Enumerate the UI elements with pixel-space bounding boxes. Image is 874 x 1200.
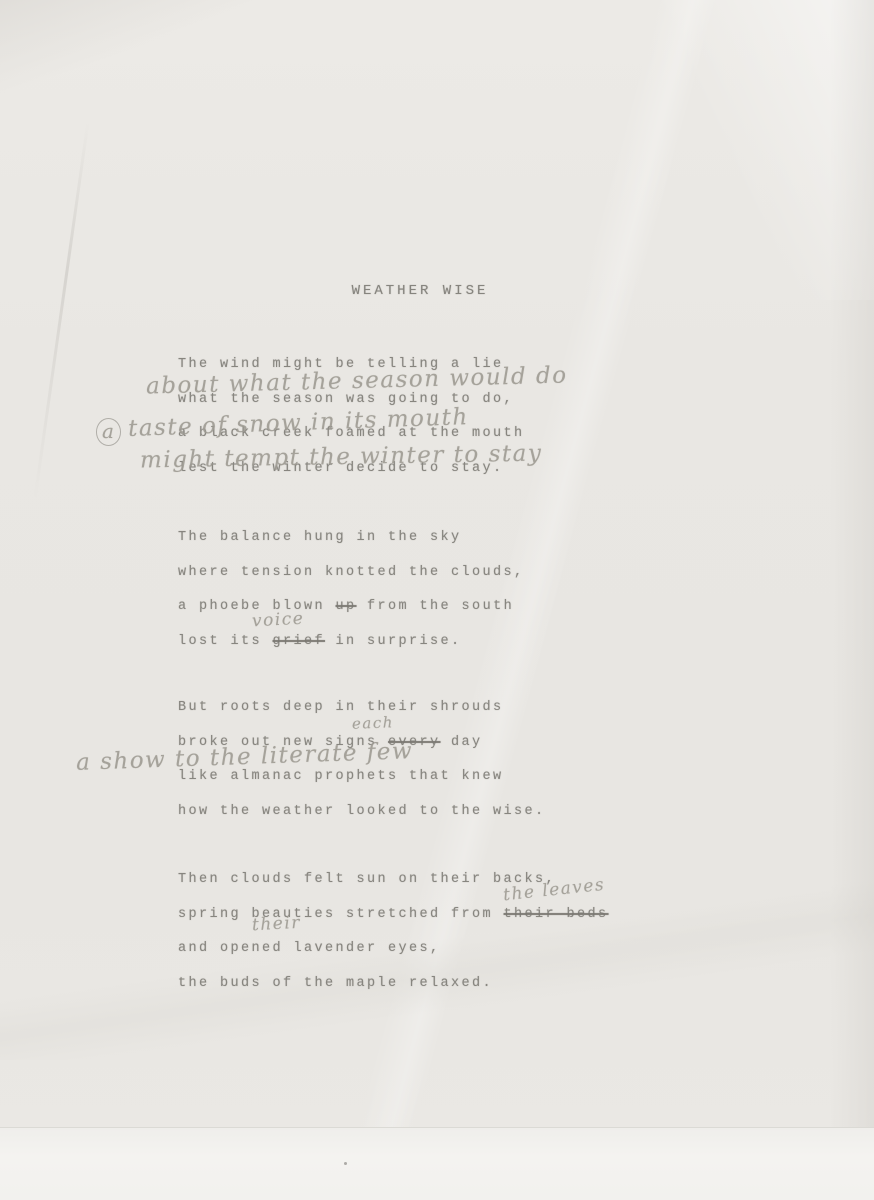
poem-text: But roots deep in their shrouds	[178, 700, 504, 715]
poem-text: from the south	[357, 599, 515, 614]
handwritten-annotation: each	[352, 713, 394, 732]
paper-crease	[34, 122, 90, 499]
handwritten-annotation: a	[96, 418, 121, 446]
poem-line: the buds of the maple relaxed.	[178, 967, 798, 1002]
poem-title: WEATHER WISE	[0, 283, 840, 299]
poem-line: how the weather looked to the wise.	[178, 795, 798, 830]
poem-text: Then clouds felt sun on their backs,	[178, 872, 556, 887]
handwritten-annotation: their	[252, 913, 302, 936]
poem-stanza: The balance hung in the skywhere tension…	[178, 521, 798, 659]
struck-word: their beds	[504, 907, 609, 922]
paper-crease	[0, 0, 874, 220]
poem-text: in surprise.	[325, 634, 462, 649]
paper-edge-shadow	[830, 0, 874, 1200]
poem-text: where tension knotted the clouds,	[178, 565, 525, 580]
scanned-poem-page: WEATHER WISE The wind might be telling a…	[0, 0, 874, 1200]
struck-word: up	[336, 599, 357, 614]
poem-text: the buds of the maple relaxed.	[178, 976, 493, 991]
poem-line: and opened lavender eyes,	[178, 932, 798, 967]
poem-line: where tension knotted the clouds,	[178, 556, 798, 591]
scan-bottom-edge	[0, 1127, 874, 1200]
paper-crease	[520, 0, 874, 300]
poem-text: and opened lavender eyes,	[178, 941, 441, 956]
struck-word: grief	[273, 634, 326, 649]
poem-text: like almanac prophets that knew	[178, 769, 504, 784]
handwritten-annotation: voice	[252, 609, 305, 632]
poem-line: Then clouds felt sun on their backs,	[178, 863, 798, 898]
scan-speck	[344, 1162, 347, 1165]
poem-text: day	[441, 735, 483, 750]
poem-text: spring beauties stretched from	[178, 907, 504, 922]
poem-text: lost its	[178, 634, 273, 649]
poem-line: The balance hung in the sky	[178, 521, 798, 556]
poem-line: But roots deep in their shrouds	[178, 691, 798, 726]
poem-text: The balance hung in the sky	[178, 530, 462, 545]
poem-text: how the weather looked to the wise.	[178, 804, 546, 819]
